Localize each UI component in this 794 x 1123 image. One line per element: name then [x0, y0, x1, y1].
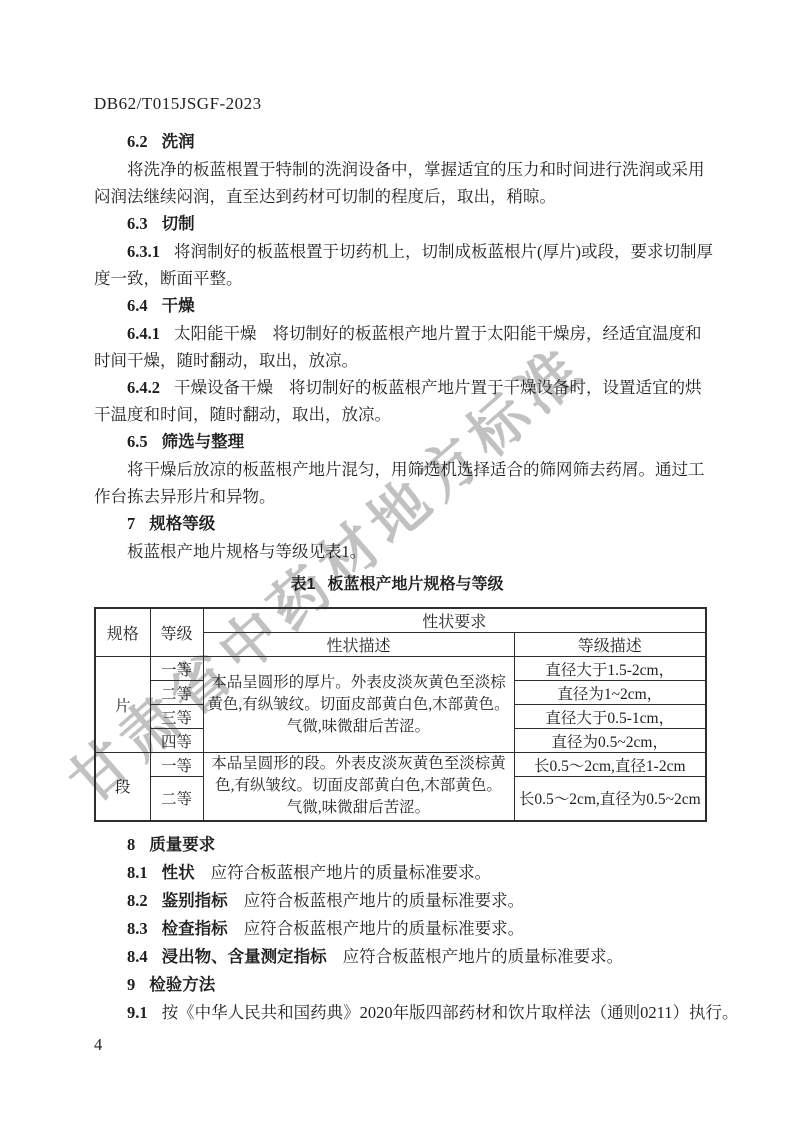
clause-number: 8.4 [127, 947, 148, 966]
section-title: 筛选与整理 [162, 433, 245, 451]
section-heading-6-5: 6.5筛选与整理 [94, 428, 700, 456]
clause-8-1-line: 8.1性状应符合板蓝根产地片的质量标准要求。 [94, 859, 700, 887]
clause-6-3-1-line: 6.3.1将润制好的板蓝根置于切药机上，切制成板蓝根片(厚片)或段，要求切制厚 [94, 238, 700, 265]
body-text: 作台拣去异形片和异物。 [94, 487, 276, 506]
body-text: 应符合板蓝根产地片的质量标准要求。 [244, 919, 525, 938]
clause-number: 8.3 [127, 919, 148, 938]
table-caption-title: 板蓝根产地片规格与等级 [327, 576, 503, 593]
clause-run-in-title: 鉴别指标 [162, 892, 228, 910]
section-8-block: 8质量要求 8.1性状应符合板蓝根产地片的质量标准要求。 8.2鉴别指标应符合板… [94, 831, 700, 1026]
section-number: 6.5 [127, 432, 148, 451]
table-header-row: 规格 等级 性状要求 [95, 608, 706, 633]
trait-desc-line: 色,有纵皱纹。切面皮部黄白色,木部黄色。 [206, 775, 512, 797]
clause-run-in-title: 干燥设备干燥 [174, 378, 273, 397]
page-content: DB62/T015JSGF-2023 6.2洗润 将洗净的板蓝根置于特制的洗润设… [0, 0, 794, 1055]
grade-cell: 二等 [150, 681, 203, 705]
trait-desc-line: 气微,味微甜后苦涩。 [206, 797, 512, 819]
grade-desc-cell: 直径为1~2cm， [514, 681, 706, 705]
table-caption: 表1板蓝根产地片规格与等级 [94, 575, 700, 595]
clause-run-in-title: 检查指标 [162, 920, 228, 938]
header-trait-desc: 性状描述 [203, 633, 514, 657]
section-title: 洗润 [162, 133, 195, 151]
body-text: 时间干燥，随时翻动，取出，放凉。 [94, 351, 358, 370]
clause-8-2-line: 8.2鉴别指标应符合板蓝根产地片的质量标准要求。 [94, 887, 700, 915]
section-number: 6.4 [127, 296, 148, 315]
body-text: 闷润法继续闷润，直至达到药材可切制的程度后，取出，稍晾。 [94, 187, 556, 206]
paragraph-line: 干温度和时间，随时翻动，取出，放凉。 [94, 401, 700, 428]
table-row: 片 一等 本品呈圆形的厚片。外表皮淡灰黄色至淡棕 黄色,有纵皱纹。切面皮部黄白色… [95, 657, 706, 681]
clause-run-in-title: 性状 [162, 864, 195, 882]
section-title: 规格等级 [149, 515, 215, 533]
clause-run-in-title: 太阳能干燥 [174, 324, 257, 343]
table-row: 段 一等 本品呈圆形的段。外表皮淡灰黄色至淡棕黄 色,有纵皱纹。切面皮部黄白色,… [95, 753, 706, 777]
body-text: 干温度和时间，随时翻动，取出，放凉。 [94, 405, 391, 424]
paragraph-line: 时间干燥，随时翻动，取出，放凉。 [94, 347, 700, 374]
section-heading-6-3: 6.3切制 [94, 210, 700, 238]
spec-cell: 片 [95, 657, 150, 753]
section-number: 8 [127, 835, 135, 854]
section-title: 干燥 [162, 297, 195, 315]
clause-number: 8.1 [127, 863, 148, 882]
paragraph-line: 度一致，断面平整。 [94, 265, 700, 292]
trait-desc-line: 本品呈圆形的段。外表皮淡灰黄色至淡棕黄 [206, 753, 512, 775]
section-number: 6.3 [127, 214, 148, 233]
body-text: 将干燥后放凉的板蓝根产地片混匀，用筛选机选择适合的筛网筛去药屑。通过工 [127, 460, 705, 479]
paragraph-line: 板蓝根产地片规格与等级见表1。 [94, 538, 700, 565]
section-heading-6-2: 6.2洗润 [94, 128, 700, 156]
section-heading-7: 7规格等级 [94, 510, 700, 538]
clause-number: 6.4.1 [127, 324, 160, 343]
body-text: 度一致，断面平整。 [94, 269, 243, 288]
clause-6-4-2-line: 6.4.2干燥设备干燥将切制好的板蓝根产地片置于干燥设备时，设置适宜的烘 [94, 374, 700, 401]
trait-desc-line: 气微,味微甜后苦涩。 [206, 716, 512, 738]
clause-6-4-1-line: 6.4.1太阳能干燥将切制好的板蓝根产地片置于太阳能干燥房，经适宜温度和 [94, 320, 700, 347]
paragraph-line: 将干燥后放凉的板蓝根产地片混匀，用筛选机选择适合的筛网筛去药屑。通过工 [94, 456, 700, 483]
body-text: 将洗净的板蓝根置于特制的洗润设备中，掌握适宜的压力和时间进行洗润或采用 [127, 160, 705, 179]
grade-desc-cell: 直径大于1.5-2cm， [514, 657, 706, 681]
grade-cell: 一等 [150, 753, 203, 777]
clause-8-3-line: 8.3检查指标应符合板蓝根产地片的质量标准要求。 [94, 915, 700, 943]
clause-9-1-line: 9.1按《中华人民共和国药典》2020年版四部药材和饮片取样法（通则0211）执… [94, 999, 700, 1026]
section-title: 切制 [162, 215, 195, 233]
paragraph-line: 将洗净的板蓝根置于特制的洗润设备中，掌握适宜的压力和时间进行洗润或采用 [94, 156, 700, 183]
body-text: 板蓝根产地片规格与等级见表1。 [127, 542, 366, 561]
body-text: 将切制好的板蓝根产地片置于太阳能干燥房，经适宜温度和 [273, 324, 702, 343]
grade-desc-cell: 长0.5～2cm,直径为0.5~2cm [514, 777, 706, 821]
grade-cell: 三等 [150, 705, 203, 729]
body-text: 将润制好的板蓝根置于切药机上，切制成板蓝根片(厚片)或段，要求切制厚 [174, 242, 713, 261]
trait-desc-line: 本品呈圆形的厚片。外表皮淡灰黄色至淡棕 [206, 672, 512, 694]
clause-number: 6.4.2 [127, 378, 160, 397]
section-heading-6-4: 6.4干燥 [94, 292, 700, 320]
paragraph-line: 闷润法继续闷润，直至达到药材可切制的程度后，取出，稍晾。 [94, 183, 700, 210]
page-number: 4 [94, 1035, 700, 1055]
body-text: 按《中华人民共和国药典》2020年版四部药材和饮片取样法（通则0211）执行。 [162, 1003, 739, 1022]
spec-cell: 段 [95, 753, 150, 821]
clause-run-in-title: 浸出物、含量测定指标 [162, 948, 327, 966]
header-grade-desc: 等级描述 [514, 633, 706, 657]
body-text: 将切制好的板蓝根产地片置于干燥设备时，设置适宜的烘 [289, 378, 702, 397]
body-text: 应符合板蓝根产地片的质量标准要求。 [343, 947, 624, 966]
trait-desc-cell: 本品呈圆形的厚片。外表皮淡灰黄色至淡棕 黄色,有纵皱纹。切面皮部黄白色,木部黄色… [203, 657, 514, 753]
clause-8-4-line: 8.4浸出物、含量测定指标应符合板蓝根产地片的质量标准要求。 [94, 943, 700, 971]
section-number: 7 [127, 514, 135, 533]
trait-desc-line: 黄色,有纵皱纹。切面皮部黄白色,木部黄色。 [206, 694, 512, 716]
body-text: 应符合板蓝根产地片的质量标准要求。 [244, 891, 525, 910]
section-heading-9: 9检验方法 [94, 971, 700, 999]
spec-grade-table: 规格 等级 性状要求 性状描述 等级描述 片 一等 本品呈圆形的厚片。外表皮淡灰… [94, 607, 707, 822]
header-grade: 等级 [150, 608, 203, 657]
grade-desc-cell: 长0.5～2cm,直径1-2cm [514, 753, 706, 777]
grade-cell: 四等 [150, 729, 203, 753]
section-title: 检验方法 [149, 976, 215, 994]
section-heading-8: 8质量要求 [94, 831, 700, 859]
clause-number: 9.1 [127, 1003, 148, 1022]
body-text: 应符合板蓝根产地片的质量标准要求。 [211, 863, 492, 882]
grade-desc-cell: 直径大于0.5-1cm， [514, 705, 706, 729]
section-number: 6.2 [127, 132, 148, 151]
section-title: 质量要求 [149, 836, 215, 854]
trait-desc-cell: 本品呈圆形的段。外表皮淡灰黄色至淡棕黄 色,有纵皱纹。切面皮部黄白色,木部黄色。… [203, 753, 514, 821]
header-spec: 规格 [95, 608, 150, 657]
clause-number: 6.3.1 [127, 242, 160, 261]
grade-cell: 二等 [150, 777, 203, 821]
standard-number: DB62/T015JSGF-2023 [94, 94, 700, 114]
table-caption-label: 表1 [291, 576, 316, 593]
section-number: 9 [127, 975, 135, 994]
clause-number: 8.2 [127, 891, 148, 910]
grade-cell: 一等 [150, 657, 203, 681]
grade-desc-cell: 直径为0.5~2cm， [514, 729, 706, 753]
document-page: 甘肃省中药材地方标准 DB62/T015JSGF-2023 6.2洗润 将洗净的… [0, 0, 794, 1123]
header-trait-req: 性状要求 [203, 608, 706, 633]
paragraph-line: 作台拣去异形片和异物。 [94, 483, 700, 510]
